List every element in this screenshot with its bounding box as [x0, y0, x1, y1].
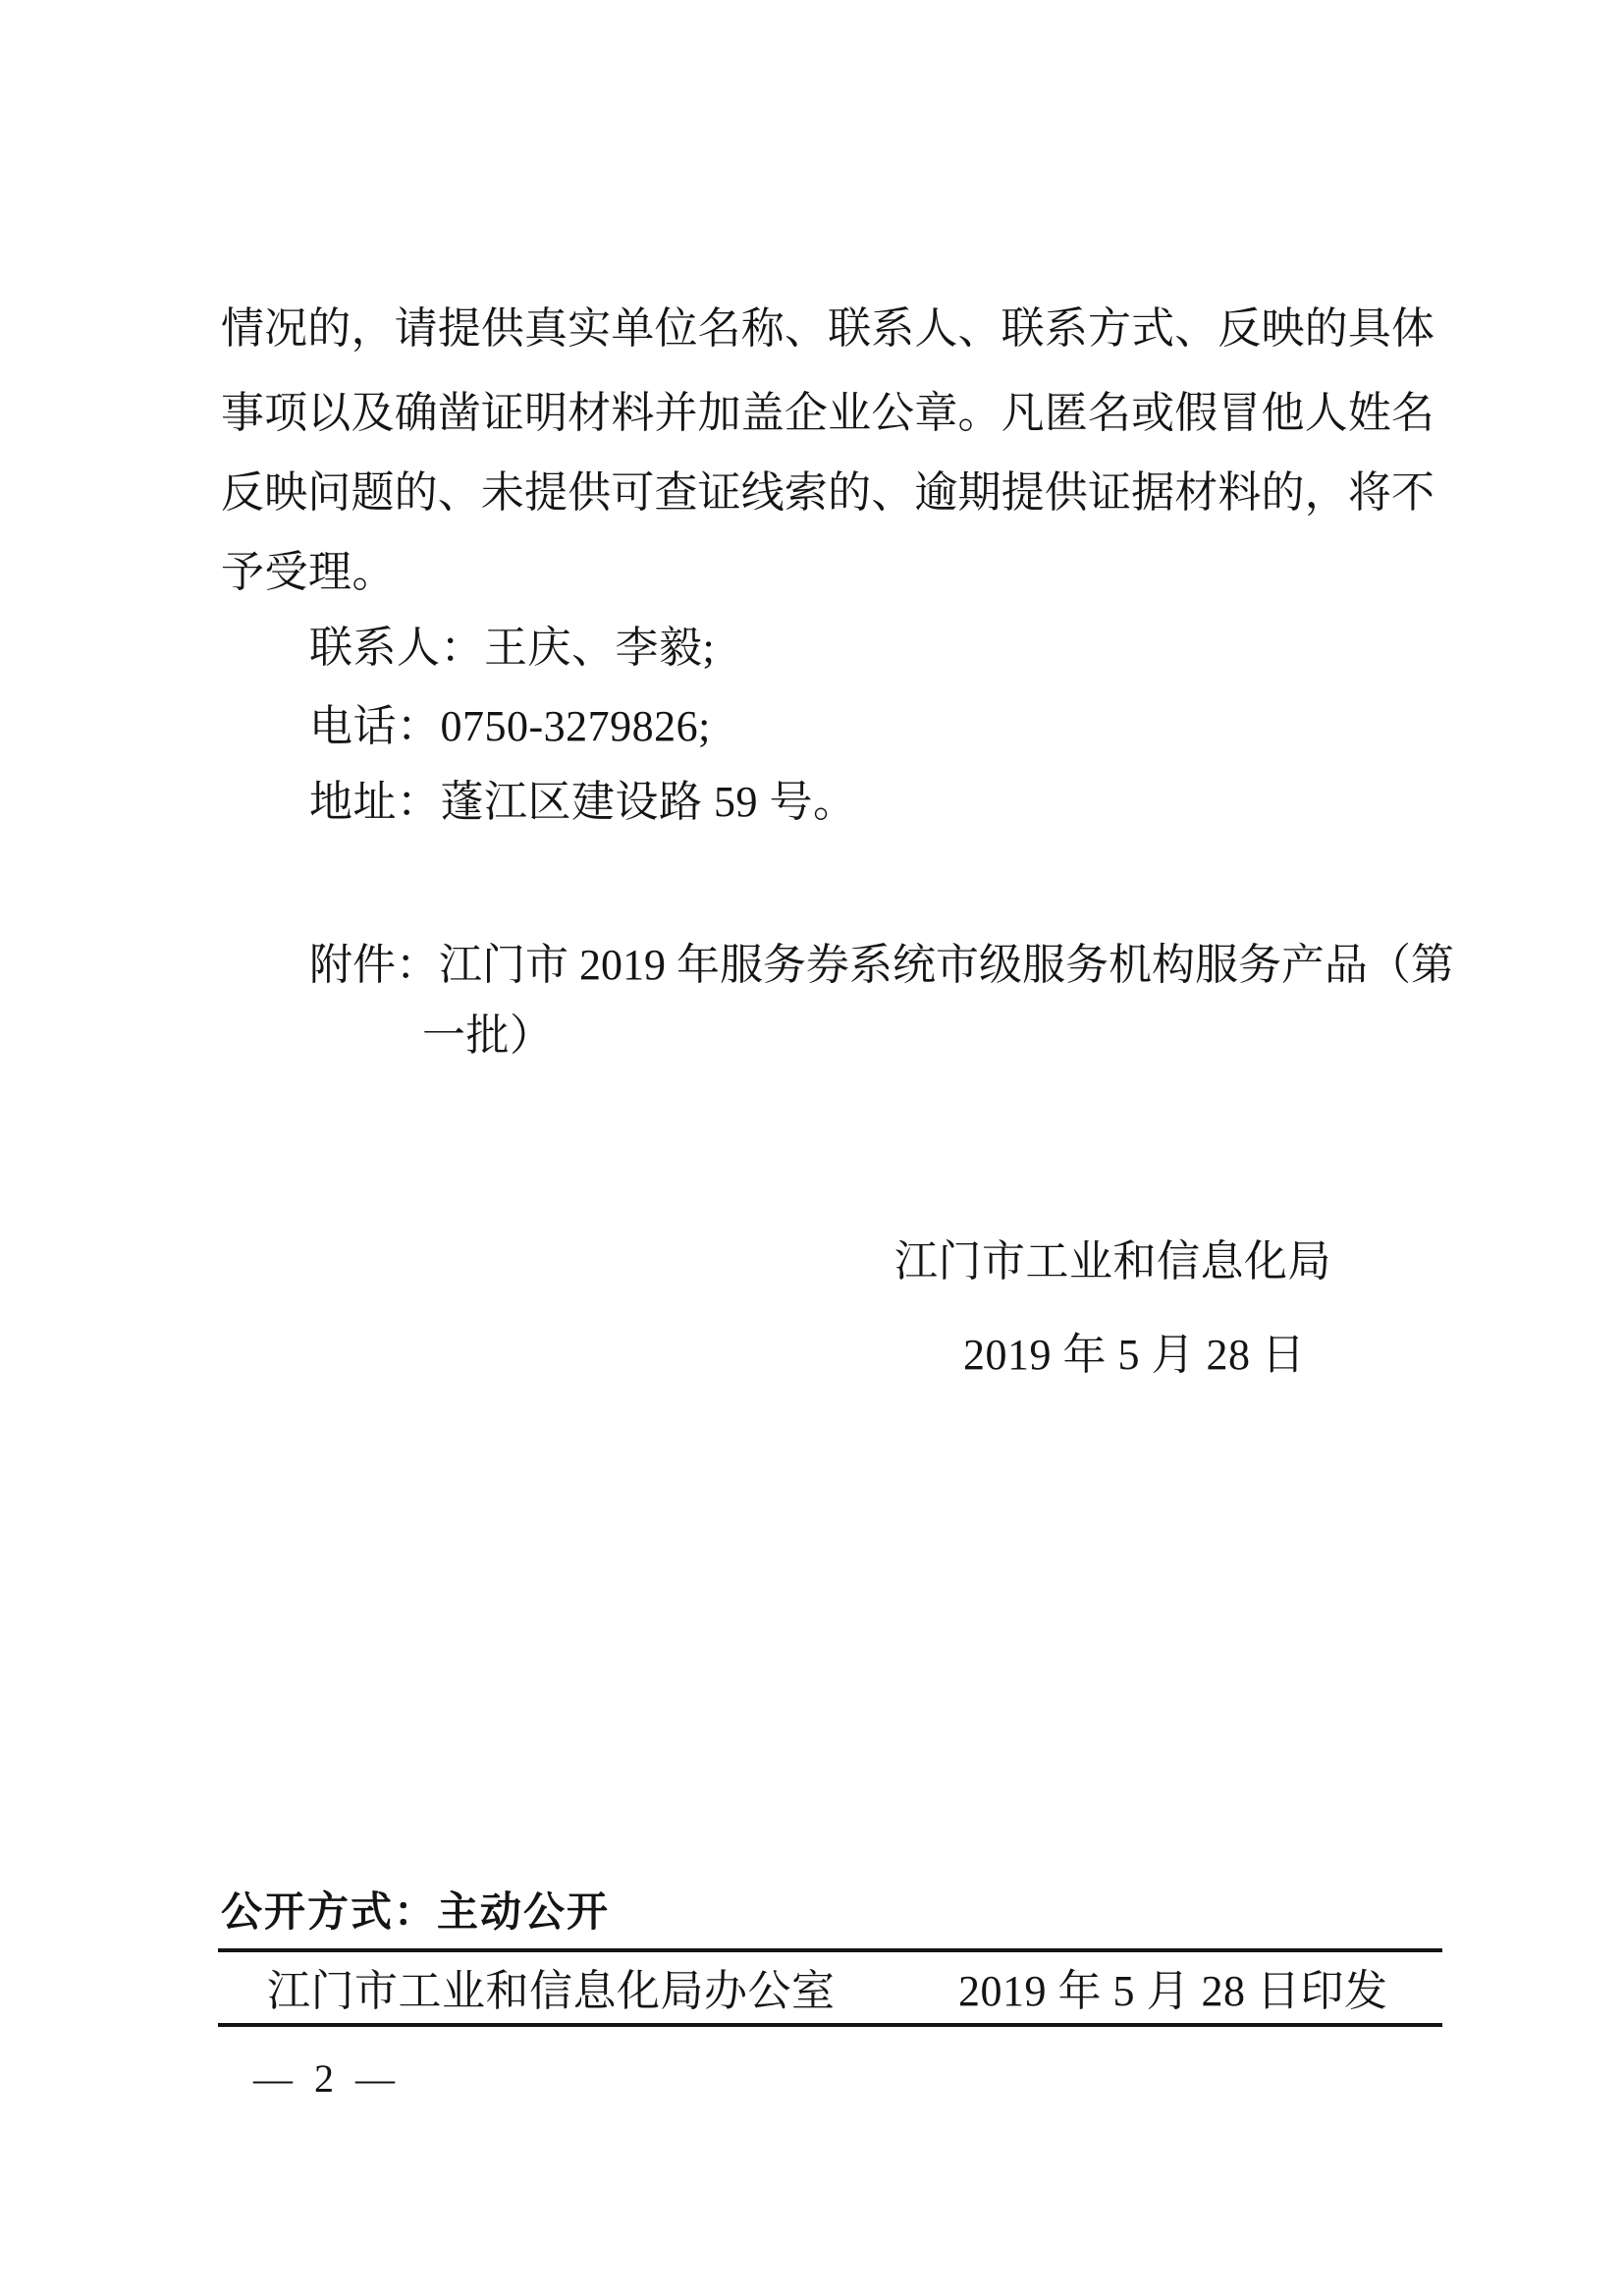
body-paragraph-line-1: 情况的，请提供真实单位名称、联系人、联系方式、反映的具体: [221, 307, 1434, 351]
attachment-line-1: 附件：江门市 2019 年服务券系统市级服务机构服务产品（第: [309, 944, 1454, 987]
body-paragraph-line-4: 予受理。: [221, 551, 396, 594]
document-page: 情况的，请提供真实单位名称、联系人、联系方式、反映的具体 事项以及确凿证明材料并…: [0, 0, 1623, 2296]
body-paragraph-line-3: 反映问题的、未提供可查证线索的、逾期提供证据材料的，将不: [221, 471, 1434, 515]
body-paragraph-line-2: 事项以及确凿证明材料并加盖企业公章。凡匿名或假冒他人姓名: [221, 392, 1434, 435]
signature-date: 2019 年 5 月 28 日: [963, 1334, 1306, 1377]
contact-address-line: 地址：蓬江区建设路 59 号。: [309, 781, 857, 824]
imprint-issuer: 江门市工业和信息化局办公室: [267, 1970, 836, 2013]
attachment-line-2: 一批）: [422, 1014, 554, 1058]
footer-separator-bottom: [218, 2023, 1442, 2027]
imprint-print-date: 2019 年 5 月 28 日印发: [958, 1970, 1388, 2013]
publicity-method-line: 公开方式：主动公开: [221, 1891, 610, 1933]
contact-phone-line: 电话：0750-3279826;: [309, 705, 711, 748]
footer-separator-top: [218, 1948, 1442, 1952]
page-number: — 2 —: [253, 2059, 401, 2099]
signature-org: 江门市工业和信息化局: [894, 1240, 1331, 1284]
contact-person-line: 联系人：王庆、李毅;: [309, 627, 715, 670]
